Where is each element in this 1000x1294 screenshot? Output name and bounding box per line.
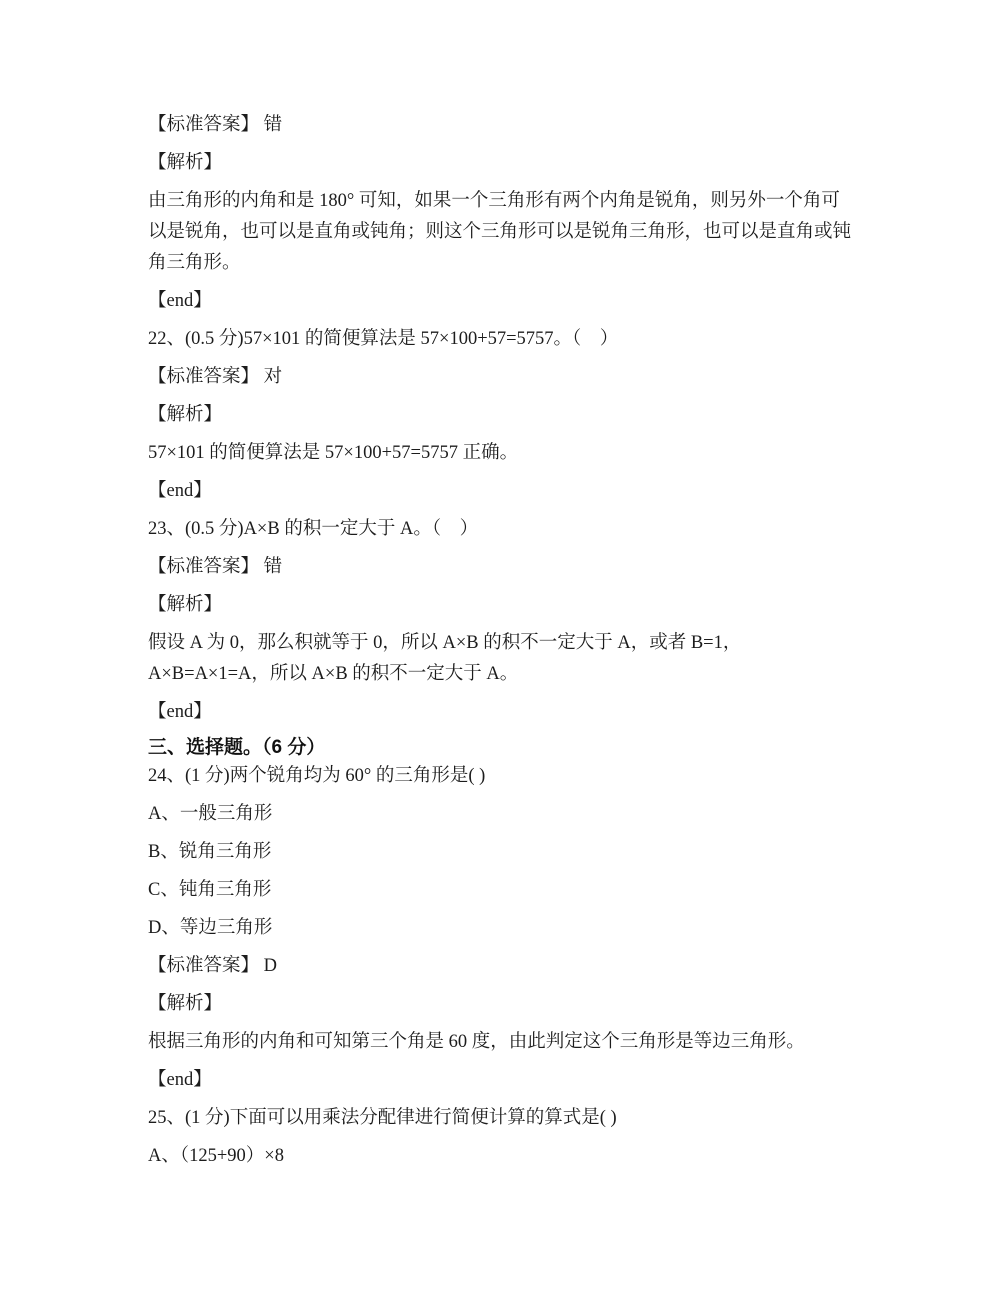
question-stem-q25: 25、(1 分)下面可以用乘法分配律进行简便计算的算式是( ) [148, 1103, 854, 1134]
question-stem-q23: 23、(0.5 分)A×B 的积一定大于 A。（ ） [148, 514, 854, 545]
analysis-text-q23: 假设 A 为 0，那么积就等于 0，所以 A×B 的积不一定大于 A，或者 B=… [148, 628, 854, 690]
section-heading-choice-questions: 三、选择题。（6 分） [148, 735, 854, 761]
analysis-label-q24: 【解析】 [148, 989, 854, 1020]
standard-answer-line-q23: 【标准答案】 错 [148, 552, 854, 583]
analysis-text-q22: 57×101 的简便算法是 57×100+57=5757 正确。 [148, 438, 854, 469]
question-stem-q24: 24、(1 分)两个锐角均为 60° 的三角形是( ) [148, 761, 854, 792]
analysis-text-q21: 由三角形的内角和是 180° 可知，如果一个三角形有两个内角是锐角，则另外一个角… [148, 186, 854, 279]
standard-answer-line-q21: 【标准答案】 错 [148, 110, 854, 141]
document-content: 【标准答案】 错 【解析】 由三角形的内角和是 180° 可知，如果一个三角形有… [148, 110, 854, 1179]
end-marker-q24: 【end】 [148, 1065, 854, 1096]
option-c-q24: C、钝角三角形 [148, 875, 854, 906]
analysis-label-q21: 【解析】 [148, 148, 854, 179]
option-b-q24: B、锐角三角形 [148, 837, 854, 868]
standard-answer-line-q24: 【标准答案】 D [148, 951, 854, 982]
option-a-q24: A、一般三角形 [148, 799, 854, 830]
end-marker-q21: 【end】 [148, 286, 854, 317]
analysis-label-q23: 【解析】 [148, 590, 854, 621]
analysis-text-q24: 根据三角形的内角和可知第三个角是 60 度，由此判定这个三角形是等边三角形。 [148, 1027, 854, 1058]
end-marker-q23: 【end】 [148, 697, 854, 728]
analysis-label-q22: 【解析】 [148, 400, 854, 431]
document-page: 【标准答案】 错 【解析】 由三角形的内角和是 180° 可知，如果一个三角形有… [0, 0, 1000, 1294]
end-marker-q22: 【end】 [148, 476, 854, 507]
standard-answer-line-q22: 【标准答案】 对 [148, 362, 854, 393]
option-d-q24: D、等边三角形 [148, 913, 854, 944]
option-a-q25: A、（125+90）×8 [148, 1141, 854, 1172]
question-stem-q22: 22、(0.5 分)57×101 的简便算法是 57×100+57=5757。（… [148, 324, 854, 355]
